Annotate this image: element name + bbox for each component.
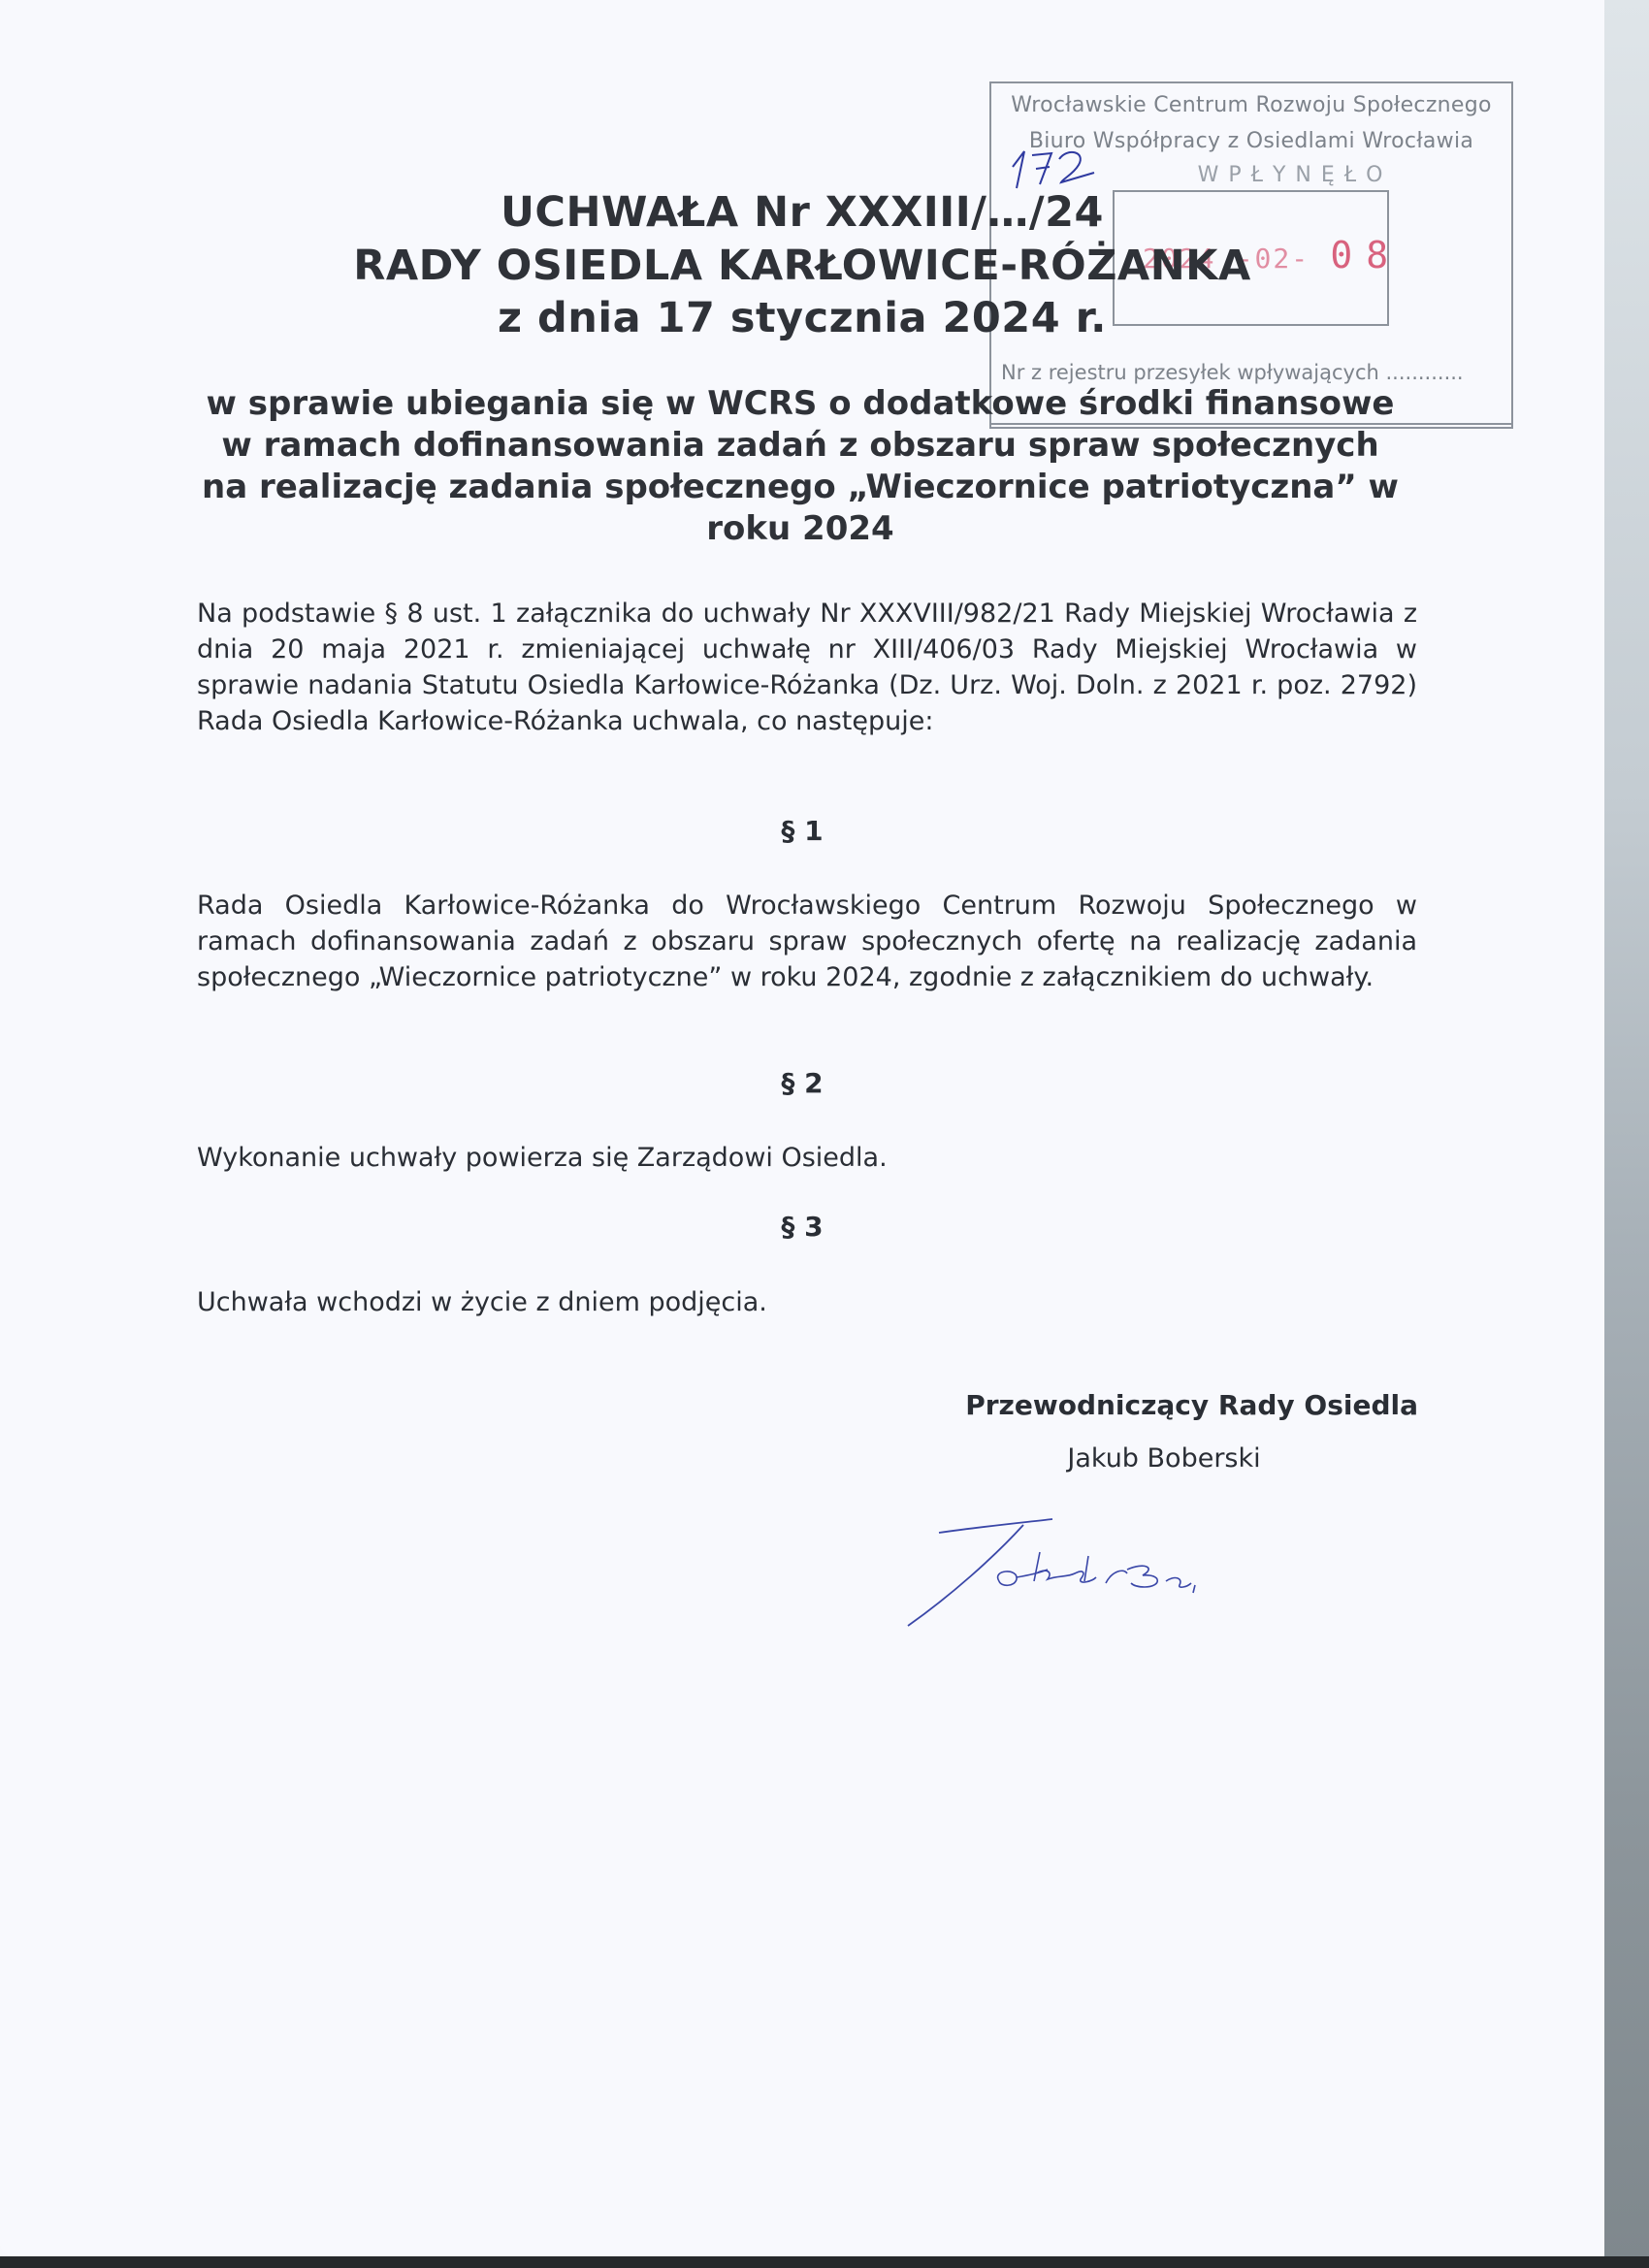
- resolution-date: z dnia 17 stycznia 2024 r.: [0, 293, 1604, 344]
- section-2-text: Wykonanie uchwały powierza się Zarządowi…: [197, 1140, 1417, 1176]
- signature-icon: [902, 1513, 1309, 1630]
- preamble: Na podstawie § 8 ust. 1 załącznika do uc…: [197, 596, 1417, 739]
- council-name: RADY OSIEDLA KARŁOWICE-RÓŻANKA: [0, 241, 1604, 292]
- section-1-text: Rada Osiedla Karłowice-Różanka do Wrocła…: [197, 888, 1417, 995]
- section-1-heading: § 1: [0, 815, 1604, 847]
- signatory-name: Jakub Boberski: [970, 1443, 1358, 1474]
- scanner-bottom-edge: [0, 2256, 1649, 2268]
- signatory-title: Przewodniczący Rady Osiedla: [873, 1389, 1418, 1421]
- section-3-heading: § 3: [0, 1211, 1604, 1243]
- scanner-edge: [1604, 0, 1649, 2256]
- stamp-registry-label: Nr z rejestru przesyłek wpływających ...…: [1001, 361, 1464, 384]
- section-2-heading: § 2: [0, 1067, 1604, 1099]
- resolution-subject: w sprawie ubiegania się w WCRS o dodatko…: [194, 383, 1406, 550]
- section-3-text: Uchwała wchodzi w życie z dniem podjęcia…: [197, 1284, 1417, 1320]
- stamp-institution: Wrocławskie Centrum Rozwoju Społecznego: [999, 93, 1503, 117]
- resolution-number: UCHWAŁA Nr XXXIII/…/24: [0, 187, 1604, 239]
